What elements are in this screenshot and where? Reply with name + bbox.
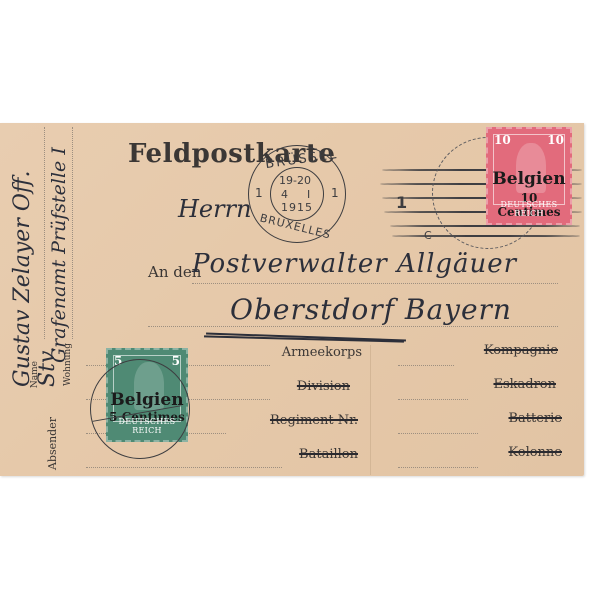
address-line-2-dots <box>148 326 558 327</box>
address-line-2-handwritten: Oberstdorf Bayern <box>230 293 512 326</box>
sender-label: Absender <box>46 417 59 470</box>
feldpostkarte-postcard: Feldpostkarte BRÜSSEL 19-20 4 I 1915 1 1… <box>0 123 584 476</box>
postmark-outer-ring: BRÜSSEL 19-20 4 I 1915 1 1 BRUXELLES <box>248 145 346 243</box>
stamp-value-right: 5 <box>172 354 180 368</box>
stamp-value-right: 10 <box>547 133 564 147</box>
stamp-overprint-country: Belgien <box>488 169 570 189</box>
sender-dotted-line-2 <box>72 127 73 339</box>
stamp-value-left: 10 <box>494 133 511 147</box>
field-bataillon: Bataillon <box>299 447 358 462</box>
machine-cancel-marker: 1 <box>396 193 407 212</box>
postmark-year: 1915 <box>281 201 313 214</box>
machine-cancel-letter: C <box>424 229 432 242</box>
postmark-month: I <box>307 188 310 201</box>
column-divider <box>370 345 371 475</box>
sender-area: Absender Name Wohnung Gustav Zelayer Off… <box>0 123 80 476</box>
field-kolonne: Kolonne <box>508 445 562 460</box>
postmark-day: 4 <box>281 188 288 201</box>
address-line-1-dots <box>192 283 558 284</box>
stamp-10-centimes: 10 10 Belgien 10 Centimes DEUTSCHES REIC… <box>486 127 572 225</box>
field-armeekorps: Armeekorps <box>282 345 362 360</box>
postmark-side-left: 1 <box>255 186 263 200</box>
field-kompagnie: Kompagnie <box>484 343 558 358</box>
sender-residence-handwritten: Grafenamt Prüfstelle I <box>48 143 70 363</box>
postmark-side-right: 1 <box>331 186 339 200</box>
field-regiment-nr: Regiment Nr. <box>270 413 358 428</box>
stamp-issuer: DEUTSCHES REICH <box>488 200 570 218</box>
field-eskadron: Eskadron <box>493 377 556 392</box>
field-batterie: Batterie <box>508 411 562 426</box>
address-line-1-handwritten: Postverwalter Allgäuer <box>192 249 517 279</box>
field-division: Division <box>297 379 350 394</box>
postmark-time: 19-20 <box>279 174 311 187</box>
postmark-green-stamp <box>90 359 190 459</box>
salutation-handwritten: Herrn <box>178 195 252 223</box>
